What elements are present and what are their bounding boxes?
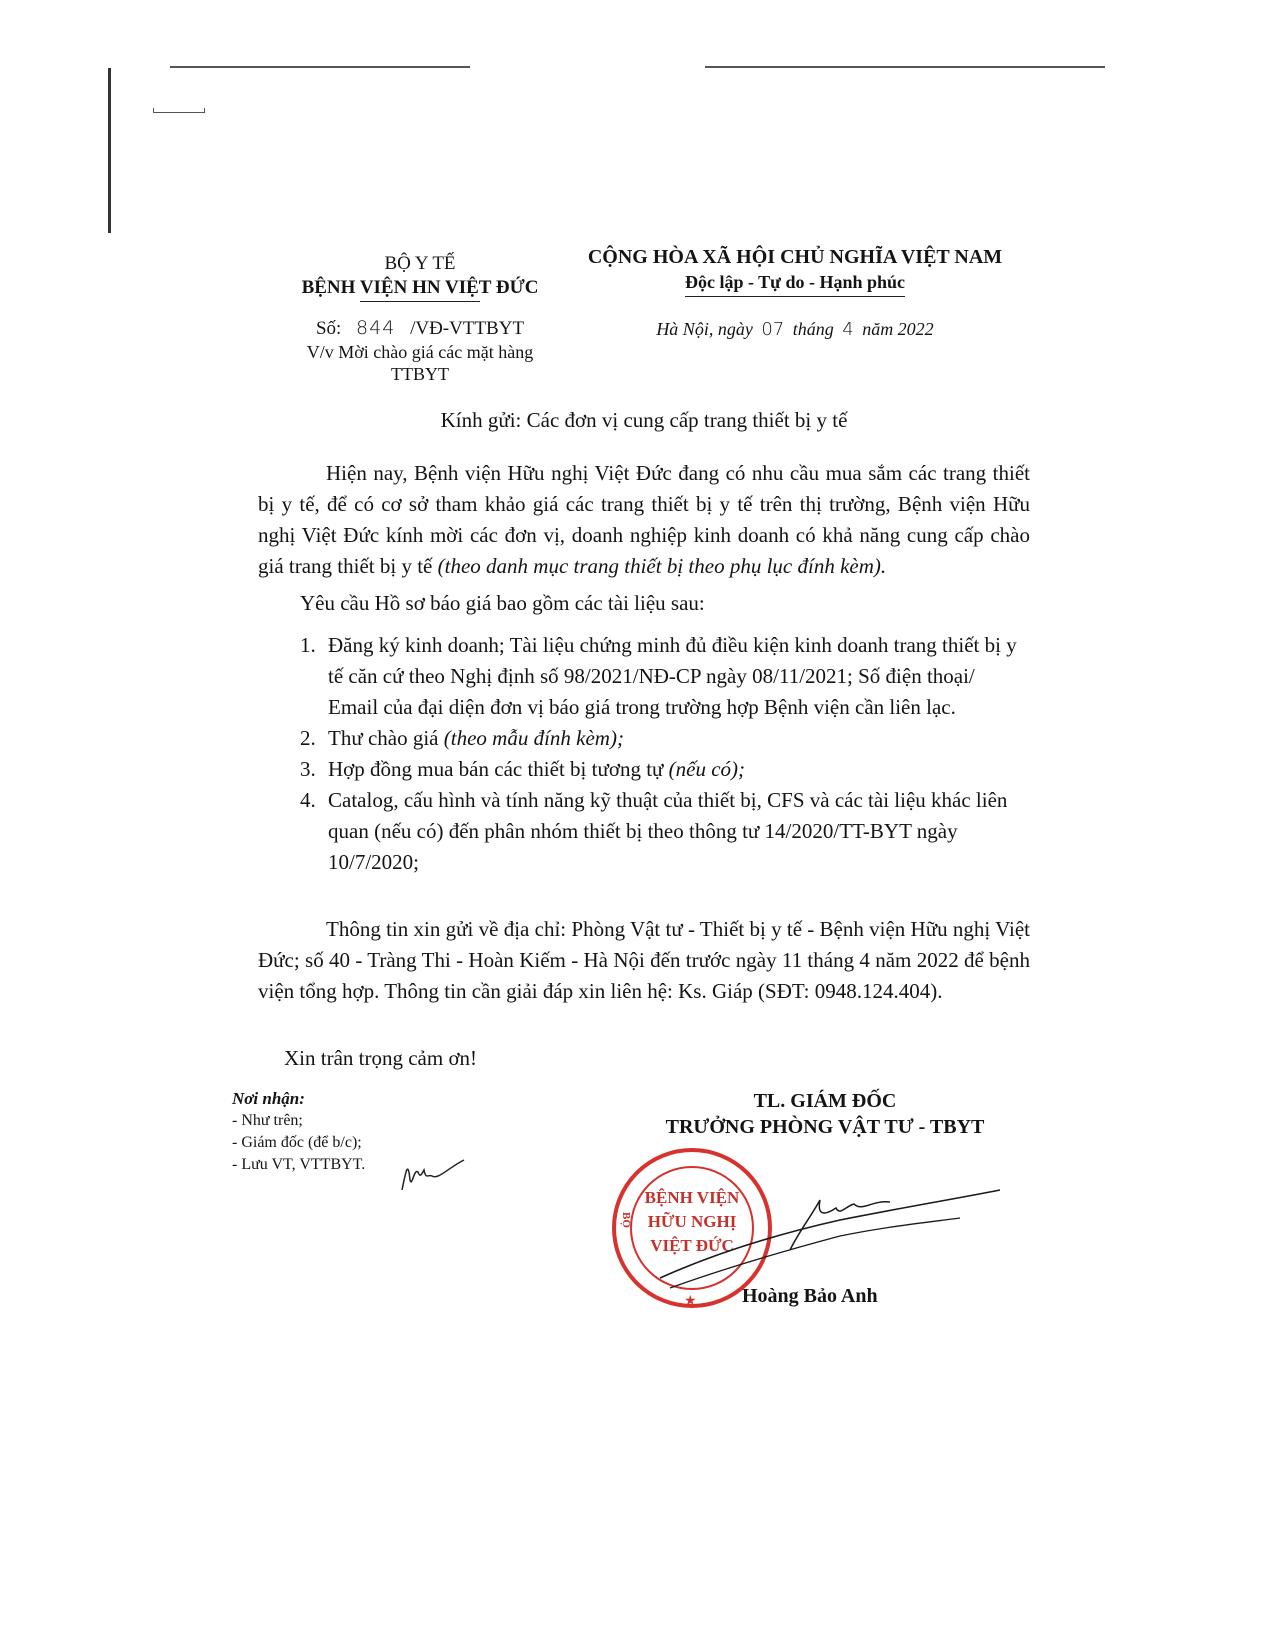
item-text: Đăng ký kinh doanh; Tài liệu chứng minh … bbox=[328, 633, 1017, 719]
salutation: Kính gửi: Các đơn vị cung cấp trang thiế… bbox=[258, 408, 1030, 433]
scan-page-edge bbox=[108, 68, 111, 233]
date-prefix: Hà Nội, ngày bbox=[656, 319, 753, 339]
item-number: 1. bbox=[300, 630, 316, 661]
date-day: 07 bbox=[761, 319, 784, 340]
stamp-side-label: BỘ bbox=[620, 1212, 632, 1228]
ministry-name: BỘ Y TẾ bbox=[270, 252, 570, 276]
closing-thanks: Xin trân trọng cảm ơn! bbox=[284, 1046, 477, 1071]
scan-mark bbox=[153, 108, 205, 113]
doc-no-label: Số: bbox=[316, 318, 341, 339]
contact-text: Thông tin xin gửi về địa chỉ: Phòng Vật … bbox=[258, 914, 1030, 1007]
list-item: 4.Catalog, cấu hình và tính năng kỹ thuậ… bbox=[300, 785, 1030, 878]
recipients-title: Nơi nhận: bbox=[232, 1088, 365, 1110]
doc-no-handwritten: 844 bbox=[356, 317, 395, 339]
recipient-item: - Lưu VT, VTTBYT. bbox=[232, 1154, 365, 1176]
header-underline bbox=[360, 301, 480, 302]
document-date: Hà Nội, ngày 07 tháng 4 năm 2022 bbox=[580, 319, 1010, 340]
contact-paragraph: Thông tin xin gửi về địa chỉ: Phòng Vật … bbox=[258, 914, 1030, 1007]
scan-top-line bbox=[170, 66, 470, 68]
document-number: Số: 844 /VĐ-VTTBYT bbox=[270, 316, 570, 341]
signer-role-2: TRƯỞNG PHÒNG VẬT TƯ - TBYT bbox=[615, 1114, 1035, 1140]
stamp-star-icon: ★ bbox=[684, 1293, 697, 1310]
recipients-block: Nơi nhận: - Như trên; - Giám đốc (để b/c… bbox=[232, 1088, 365, 1176]
initials-signature-icon bbox=[398, 1150, 468, 1200]
intro-paragraph: Hiện nay, Bệnh viện Hữu nghị Việt Đức đa… bbox=[258, 458, 1030, 582]
item-italic: (theo mẫu đính kèm); bbox=[444, 726, 624, 750]
item-text: Thư chào giá bbox=[328, 726, 444, 750]
item-number: 4. bbox=[300, 785, 316, 816]
requirements-intro: Yêu cầu Hồ sơ báo giá bao gồm các tài li… bbox=[300, 588, 1030, 619]
list-item: 2.Thư chào giá (theo mẫu đính kèm); bbox=[300, 723, 1030, 754]
list-item: 1.Đăng ký kinh doanh; Tài liệu chứng min… bbox=[300, 630, 1030, 723]
scan-top-line bbox=[705, 66, 1105, 68]
list-item: 3.Hợp đồng mua bán các thiết bị tương tự… bbox=[300, 754, 1030, 785]
signature-block: TL. GIÁM ĐỐC TRƯỞNG PHÒNG VẬT TƯ - TBYT bbox=[615, 1088, 1035, 1140]
date-month: 4 bbox=[842, 319, 853, 340]
subject-line-1: V/v Mời chào giá các mặt hàng bbox=[270, 341, 570, 363]
issuer-header: BỘ Y TẾ BỆNH VIỆN HN VIỆT ĐỨC Số: 844 /V… bbox=[270, 252, 570, 385]
date-year: năm 2022 bbox=[862, 319, 934, 339]
national-motto: Độc lập - Tự do - Hạnh phúc bbox=[685, 270, 905, 297]
recipient-item: - Như trên; bbox=[232, 1110, 365, 1132]
nation-name: CỘNG HÒA XÃ HỘI CHỦ NGHĨA VIỆT NAM bbox=[580, 244, 1010, 270]
national-header: CỘNG HÒA XÃ HỘI CHỦ NGHĨA VIỆT NAM Độc l… bbox=[580, 244, 1010, 340]
item-number: 2. bbox=[300, 723, 316, 754]
date-month-label: tháng bbox=[793, 319, 834, 339]
item-text: Catalog, cấu hình và tính năng kỹ thuật … bbox=[328, 788, 1007, 874]
handwritten-signature-icon bbox=[640, 1160, 1020, 1290]
hospital-name: BỆNH VIỆN HN VIỆT ĐỨC bbox=[270, 276, 570, 300]
requirements-list: 1.Đăng ký kinh doanh; Tài liệu chứng min… bbox=[300, 630, 1030, 878]
recipient-item: - Giám đốc (để b/c); bbox=[232, 1132, 365, 1154]
item-italic: (nếu có); bbox=[669, 757, 745, 781]
item-number: 3. bbox=[300, 754, 316, 785]
item-text: Hợp đồng mua bán các thiết bị tương tự bbox=[328, 757, 669, 781]
intro-italic: (theo danh mục trang thiết bị theo phụ l… bbox=[438, 554, 887, 578]
subject-line-2: TTBYT bbox=[270, 363, 570, 385]
doc-no-suffix: /VĐ-VTTBYT bbox=[410, 318, 524, 339]
signer-role-1: TL. GIÁM ĐỐC bbox=[615, 1088, 1035, 1114]
signer-name: Hoàng Bảo Anh bbox=[742, 1285, 878, 1308]
